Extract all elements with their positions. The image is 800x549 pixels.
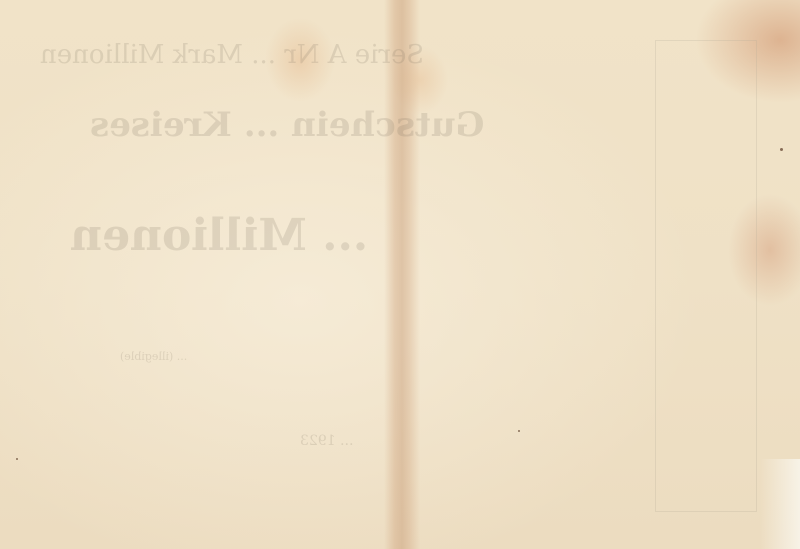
speck xyxy=(518,430,520,432)
banknote-paper: Serie A Nr ... Mark Millionen Gutschein … xyxy=(0,0,800,549)
right-frame-border xyxy=(655,40,757,512)
speck xyxy=(16,458,18,460)
speck xyxy=(780,148,783,151)
worn-corner xyxy=(760,459,800,549)
show-through-fine-print: ... (illegible) xyxy=(120,350,187,364)
show-through-header: Serie A Nr ... Mark Millionen xyxy=(40,40,424,70)
show-through-date: ... 1923 xyxy=(300,430,353,452)
show-through-denomination: ... Millionen xyxy=(70,210,368,261)
center-fold xyxy=(384,0,420,549)
show-through-title: Gutschein ... Kreises xyxy=(90,105,484,145)
